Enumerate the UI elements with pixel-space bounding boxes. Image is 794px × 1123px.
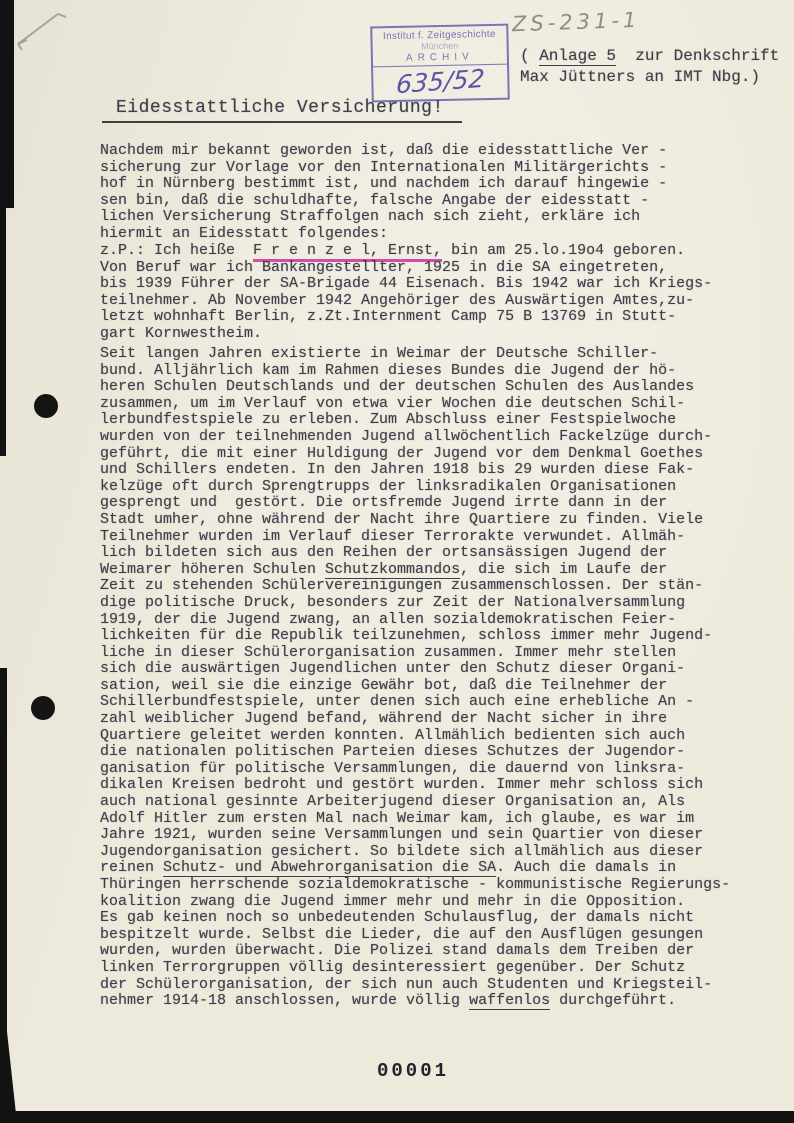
scan-edge-bottom bbox=[0, 1111, 794, 1123]
punch-hole bbox=[31, 696, 55, 720]
text-segment: der Schülerorganisation, der sich nun au… bbox=[100, 976, 712, 993]
text-line: reinen Schutz- und Abwehrorganisation di… bbox=[100, 860, 730, 877]
text-line: ( Anlage 5 zur Denkschrift bbox=[520, 46, 779, 67]
page-number: 00001 bbox=[377, 1060, 449, 1082]
text-line: zusammen, um im Verlauf von etwa vier Wo… bbox=[100, 396, 730, 413]
text-segment: bespitzelt wurde. Selbst die Lieder, die… bbox=[100, 926, 703, 943]
text-line: Weimarer höheren Schulen Schutzkommandos… bbox=[100, 562, 730, 579]
text-line: lich bildeten sich aus den Reihen der or… bbox=[100, 545, 730, 562]
text-line: sen bin, daß die schuldhafte, falsche An… bbox=[100, 193, 667, 210]
text-segment: Adolf Hitler zum ersten Mal nach Weimar … bbox=[100, 810, 694, 827]
text-segment: linken Terrorgruppen völlig desinteressi… bbox=[100, 959, 685, 976]
text-segment: , die sich im Laufe der bbox=[460, 561, 667, 578]
text-segment: die nationalen politischen Parteien dies… bbox=[100, 743, 685, 760]
text-line: Jahre 1921, wurden seine Versammlungen u… bbox=[100, 827, 730, 844]
document-title: Eidesstattliche Versicherung! bbox=[102, 98, 462, 123]
text-line: Quartiere geleitet werden konnten. Allmä… bbox=[100, 728, 730, 745]
pencil-scribble-icon bbox=[8, 4, 78, 54]
text-line: Adolf Hitler zum ersten Mal nach Weimar … bbox=[100, 811, 730, 828]
text-segment: zur Denkschrift bbox=[616, 47, 779, 65]
text-line: koalition zwang die Jugend immer mehr un… bbox=[100, 894, 730, 911]
text-segment: 1919, der die Jugend zwang, an allen soz… bbox=[100, 611, 676, 628]
text-segment: zahl weiblicher Jugend befand, während d… bbox=[100, 710, 667, 727]
text-segment: . Auch die damals in bbox=[496, 859, 676, 876]
text-segment: durchgeführt. bbox=[550, 992, 676, 1009]
text-line: dikalen Kreisen bedroht und gestört wurd… bbox=[100, 777, 730, 794]
text-line: heren Schulen Deutschlands und der deuts… bbox=[100, 379, 730, 396]
text-segment: lerbundfestspiele zu erleben. Zum Abschl… bbox=[100, 411, 676, 428]
text-segment: Seit langen Jahren existierte in Weimar … bbox=[100, 345, 658, 362]
archive-signature-handwritten: ZS-231-1 bbox=[512, 8, 641, 36]
text-line: dige politische Druck, besonders zur Zei… bbox=[100, 595, 730, 612]
text-segment: gesprengt und gestört. Die ortsfremde Ju… bbox=[100, 494, 667, 511]
text-segment: letzt wohnhaft Berlin, z.Zt.Internment C… bbox=[100, 308, 676, 325]
text-line: letzt wohnhaft Berlin, z.Zt.Internment C… bbox=[100, 309, 712, 326]
text-segment: auch national gesinnte Arbeiterjugend di… bbox=[100, 793, 685, 810]
text-segment: dige politische Druck, besonders zur Zei… bbox=[100, 594, 685, 611]
text-line: auch national gesinnte Arbeiterjugend di… bbox=[100, 794, 730, 811]
text-segment: Jahre 1921, wurden seine Versammlungen u… bbox=[100, 826, 703, 843]
document-page: ZS-231-1 Institut f. Zeitgeschichte Münc… bbox=[0, 0, 794, 1123]
text-segment: hof in Nürnberg bestimmt ist, und nachde… bbox=[100, 175, 667, 192]
paragraph-personal-data: z.P.: Ich heiße F r e n z e l, Ernst, bi… bbox=[100, 243, 712, 343]
text-segment: Jugendorganisation gesichert. So bildete… bbox=[100, 843, 703, 860]
text-line: hof in Nürnberg bestimmt ist, und nachde… bbox=[100, 176, 667, 193]
archive-stamp: Institut f. Zeitgeschichte München ARCHI… bbox=[370, 24, 510, 103]
text-segment: Nachdem mir bekannt geworden ist, daß di… bbox=[100, 142, 667, 159]
text-segment: Zeit zu stehenden Schülervereinigungen z… bbox=[100, 577, 703, 594]
text-line: zahl weiblicher Jugend befand, während d… bbox=[100, 711, 730, 728]
text-segment: bis 1939 Führer der SA-Brigade 44 Eisena… bbox=[100, 275, 712, 292]
text-line: gesprengt und gestört. Die ortsfremde Ju… bbox=[100, 495, 730, 512]
text-segment: Max Jüttners an IMT Nbg.) bbox=[520, 68, 760, 86]
text-segment: wurden, wurden überwacht. Die Polizei st… bbox=[100, 942, 694, 959]
text-line: Jugendorganisation gesichert. So bildete… bbox=[100, 844, 730, 861]
scan-edge-bottom-corner bbox=[0, 1022, 17, 1123]
text-line: wurden, wurden überwacht. Die Polizei st… bbox=[100, 943, 730, 960]
text-line: nehmer 1914-18 anschlossen, wurde völlig… bbox=[100, 993, 730, 1010]
text-line: gart Kornwestheim. bbox=[100, 326, 712, 343]
punch-hole bbox=[34, 394, 58, 418]
text-segment: zusammen, um im Verlauf von etwa vier Wo… bbox=[100, 395, 685, 412]
text-line: sation, weil sie die einzige Gewähr bot,… bbox=[100, 678, 730, 695]
text-segment: heren Schulen Deutschlands und der deuts… bbox=[100, 378, 694, 395]
text-line: der Schülerorganisation, der sich nun au… bbox=[100, 977, 730, 994]
scan-edge-left-middle bbox=[0, 200, 6, 456]
text-line: Stadt umher, ohne während der Nacht ihre… bbox=[100, 512, 730, 529]
text-line: wurden von der teilnehmenden Jugend allw… bbox=[100, 429, 730, 446]
text-segment: sicherung zur Vorlage vor den Internatio… bbox=[100, 159, 667, 176]
underlined-text: Schutz- und Abwehrorganisation die SA bbox=[163, 859, 496, 877]
text-segment: ganisation für politische Versammlungen,… bbox=[100, 760, 685, 777]
text-segment: teilnehmer. Ab November 1942 Angehöriger… bbox=[100, 292, 694, 309]
text-segment: lichkeiten für die Republik teilzunehmen… bbox=[100, 627, 712, 644]
text-line: geführt, die mit einer Huldigung der Jug… bbox=[100, 446, 730, 463]
text-segment: Quartiere geleitet werden konnten. Allmä… bbox=[100, 727, 685, 744]
text-line: bund. Alljährlich kam im Rahmen dieses B… bbox=[100, 363, 730, 380]
text-segment: geführt, die mit einer Huldigung der Jug… bbox=[100, 445, 703, 462]
text-line: sich die auswärtigen Jugendlichen unter … bbox=[100, 661, 730, 678]
text-segment: hiermit an Eidesstatt folgendes: bbox=[100, 225, 388, 242]
text-segment: koalition zwang die Jugend immer mehr un… bbox=[100, 893, 685, 910]
text-segment: Von Beruf war ich Bankangestellter, 1925… bbox=[100, 259, 667, 276]
text-segment: und Schillers endeten. In den Jahren 191… bbox=[100, 461, 694, 478]
text-line: z.P.: Ich heiße F r e n z e l, Ernst, bi… bbox=[100, 243, 712, 260]
text-segment: Teilnehmer wurden im Verlauf dieser Terr… bbox=[100, 528, 685, 545]
text-line: hiermit an Eidesstatt folgendes: bbox=[100, 226, 667, 243]
text-segment: sich die auswärtigen Jugendlichen unter … bbox=[100, 660, 685, 677]
text-segment: nehmer 1914-18 anschlossen, wurde völlig bbox=[100, 992, 469, 1009]
text-segment: kelzüge oft durch Sprengtrupps der links… bbox=[100, 478, 676, 495]
text-line: bespitzelt wurde. Selbst die Lieder, die… bbox=[100, 927, 730, 944]
annex-note: ( Anlage 5 zur DenkschriftMax Jüttners a… bbox=[520, 46, 779, 88]
text-segment: lich bildeten sich aus den Reihen der or… bbox=[100, 544, 667, 561]
text-segment: z.P.: Ich heiße bbox=[100, 242, 253, 259]
text-line: die nationalen politischen Parteien dies… bbox=[100, 744, 730, 761]
text-line: lerbundfestspiele zu erleben. Zum Abschl… bbox=[100, 412, 730, 429]
text-line: Von Beruf war ich Bankangestellter, 1925… bbox=[100, 260, 712, 277]
text-line: Schillerbundfestspiele, unter denen sich… bbox=[100, 694, 730, 711]
text-line: kelzüge oft durch Sprengtrupps der links… bbox=[100, 479, 730, 496]
text-line: Seit langen Jahren existierte in Weimar … bbox=[100, 346, 730, 363]
text-line: Es gab keinen noch so unbedeutenden Schu… bbox=[100, 910, 730, 927]
text-line: liche in dieser Schülerorganisation zusa… bbox=[100, 645, 730, 662]
text-segment: Stadt umher, ohne während der Nacht ihre… bbox=[100, 511, 703, 528]
text-line: bis 1939 Führer der SA-Brigade 44 Eisena… bbox=[100, 276, 712, 293]
text-line: Zeit zu stehenden Schülervereinigungen z… bbox=[100, 578, 730, 595]
text-segment: lichen Versicherung Straffolgen nach sic… bbox=[100, 208, 640, 225]
text-segment: dikalen Kreisen bedroht und gestört wurd… bbox=[100, 776, 703, 793]
text-segment: bin am 25.lo.19o4 geboren. bbox=[442, 242, 685, 259]
text-segment: reinen bbox=[100, 859, 163, 876]
text-line: teilnehmer. Ab November 1942 Angehöriger… bbox=[100, 293, 712, 310]
text-line: Thüringen herrschende sozialdemokratisch… bbox=[100, 877, 730, 894]
text-line: 1919, der die Jugend zwang, an allen soz… bbox=[100, 612, 730, 629]
text-line: linken Terrorgruppen völlig desinteressi… bbox=[100, 960, 730, 977]
text-segment: Es gab keinen noch so unbedeutenden Schu… bbox=[100, 909, 694, 926]
text-segment: Schillerbundfestspiele, unter denen sich… bbox=[100, 693, 694, 710]
text-line: ganisation für politische Versammlungen,… bbox=[100, 761, 730, 778]
paragraph-main-statement: Seit langen Jahren existierte in Weimar … bbox=[100, 346, 730, 1010]
text-segment: Weimarer höheren Schulen bbox=[100, 561, 325, 578]
text-line: Nachdem mir bekannt geworden ist, daß di… bbox=[100, 143, 667, 160]
text-line: Teilnehmer wurden im Verlauf dieser Terr… bbox=[100, 529, 730, 546]
text-line: sicherung zur Vorlage vor den Internatio… bbox=[100, 160, 667, 177]
text-segment: Thüringen herrschende sozialdemokratisch… bbox=[100, 876, 730, 893]
text-line: lichen Versicherung Straffolgen nach sic… bbox=[100, 209, 667, 226]
text-segment: ( bbox=[520, 47, 539, 65]
text-line: lichkeiten für die Republik teilzunehmen… bbox=[100, 628, 730, 645]
paragraph-oath-intro: Nachdem mir bekannt geworden ist, daß di… bbox=[100, 143, 667, 243]
text-segment: gart Kornwestheim. bbox=[100, 325, 262, 342]
text-segment: sation, weil sie die einzige Gewähr bot,… bbox=[100, 677, 667, 694]
text-line: Max Jüttners an IMT Nbg.) bbox=[520, 67, 779, 88]
text-segment: wurden von der teilnehmenden Jugend allw… bbox=[100, 428, 712, 445]
underlined-text: waffenlos bbox=[469, 992, 550, 1010]
text-segment: bund. Alljährlich kam im Rahmen dieses B… bbox=[100, 362, 676, 379]
text-segment: liche in dieser Schülerorganisation zusa… bbox=[100, 644, 676, 661]
text-line: und Schillers endeten. In den Jahren 191… bbox=[100, 462, 730, 479]
text-segment: sen bin, daß die schuldhafte, falsche An… bbox=[100, 192, 649, 209]
stamp-number-handwritten: 635/52 bbox=[374, 61, 507, 103]
underlined-text: Anlage 5 bbox=[539, 47, 616, 66]
